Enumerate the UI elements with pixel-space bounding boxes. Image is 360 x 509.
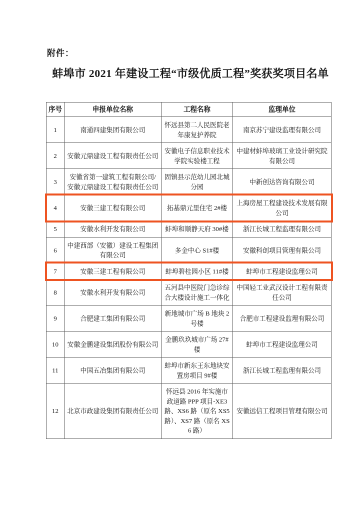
row-applicant: 安徽水利开发有限公司 (64, 221, 161, 237)
row-applicant: 中建西部（安徽）建设工程集团有限公司 (64, 237, 161, 263)
row-project: 拓基鼎元里住宅 2#楼 (161, 195, 233, 221)
table-row: 2安徽元鼎建设工程有限责任公司安徽电子信息职业技术学院实验楼工程中建材蚌埠玻璃工… (46, 143, 331, 169)
row-supervisor: 安徽科创项目管理有限公司 (233, 237, 332, 263)
row-project: 蚌埠和顺静天府 30#楼 (161, 221, 233, 237)
row-no: 1 (46, 117, 64, 143)
row-applicant: 北京市政建设集团有限责任公司 (64, 383, 161, 438)
row-project: 蚌埠碧桂园小区 11#楼 (161, 263, 233, 279)
row-no: 11 (46, 357, 64, 383)
award-projects-table: 序号 申报单位名称 工程名称 监理单位 1南通四建集团有限公司怀远县第二人民医院… (46, 102, 332, 439)
table-row: 4安徽三建工程有限公司拓基鼎元里住宅 2#楼上海房屋工程建设技术发展有限公司 (46, 195, 331, 221)
table-row: 8安徽水利开发有限公司五河县中医院门急诊综合大楼设计施工一体化中国轻工业武汉设计… (46, 279, 331, 305)
row-no: 3 (46, 169, 64, 195)
row-applicant: 合肥建工集团有限公司 (64, 305, 161, 331)
table-header-row: 序号 申报单位名称 工程名称 监理单位 (46, 102, 331, 117)
row-applicant: 安徽省第一建筑工程有限公司/安徽元鼎建设工程有限责任公司 (64, 169, 161, 195)
table-row: 1南通四建集团有限公司怀远县第二人民医院老年康复护养院南京苏宁建设监理有限公司 (46, 117, 331, 143)
row-supervisor: 中建材蚌埠玻璃工业设计研究院有限公司 (233, 143, 332, 169)
row-supervisor: 上海房屋工程建设技术发展有限公司 (233, 195, 332, 221)
row-no: 9 (46, 305, 64, 331)
header-applicant: 申报单位名称 (64, 102, 161, 117)
table-row: 12北京市政建设集团有限责任公司怀远县 2016 年实施市政道路 PPP 项目-… (46, 383, 331, 438)
row-supervisor: 安徽远信工程项目管理有限公司 (233, 383, 332, 438)
row-applicant: 安徽金鹏建设集团股份有限公司 (64, 331, 161, 357)
document-page: 附件： 蚌埠市 2021 年建设工程“市级优质工程”奖获奖项目名单 序号 申报单… (0, 0, 360, 509)
row-applicant: 安徽三建工程有限公司 (64, 263, 161, 279)
row-applicant: 安徽三建工程有限公司 (64, 195, 161, 221)
row-supervisor: 蚌埠市工程建设监理公司 (233, 263, 332, 279)
table-row: 3安徽省第一建筑工程有限公司/安徽元鼎建设工程有限责任公司固镇县示范幼儿园北城分… (46, 169, 331, 195)
row-no: 10 (46, 331, 64, 357)
table-row: 10安徽金鹏建设集团股份有限公司金鹏玖玖城市广场 27#楼蚌埠市工程建设监理公司 (46, 331, 331, 357)
row-supervisor: 中新创达咨询有限公司 (233, 169, 332, 195)
row-no: 4 (46, 195, 64, 221)
row-no: 12 (46, 383, 64, 438)
row-project: 怀远县 2016 年实施市政道路 PPP 项目-XE3 路、XS6 路（原名 X… (161, 383, 233, 438)
row-applicant: 南通四建集团有限公司 (64, 117, 161, 143)
attachment-label: 附件： (47, 46, 74, 59)
page-title: 蚌埠市 2021 年建设工程“市级优质工程”奖获奖项目名单 (46, 65, 335, 81)
row-project: 多金中心 S1#楼 (161, 237, 233, 263)
table-row: 6中建西部（安徽）建设工程集团有限公司多金中心 S1#楼安徽科创项目管理有限公司 (46, 237, 331, 263)
row-project: 固镇县示范幼儿园北城分园 (161, 169, 233, 195)
row-supervisor: 合肥市工程建设监理有限公司 (233, 305, 332, 331)
table-row: 9合肥建工集团有限公司新地城市广场 B 地块 2号楼合肥市工程建设监理有限公司 (46, 305, 331, 331)
row-project: 金鹏玖玖城市广场 27#楼 (161, 331, 233, 357)
row-supervisor: 浙江长城工程监理有限公司 (233, 357, 332, 383)
row-project: 怀远县第二人民医院老年康复护养院 (161, 117, 233, 143)
row-project: 新地城市广场 B 地块 2号楼 (161, 305, 233, 331)
header-project: 工程名称 (161, 102, 233, 117)
row-project: 安徽电子信息职业技术学院实验楼工程 (161, 143, 233, 169)
table-row: 7安徽三建工程有限公司蚌埠碧桂园小区 11#楼蚌埠市工程建设监理公司 (46, 263, 331, 279)
row-applicant: 安徽水利开发有限公司 (64, 279, 161, 305)
row-project: 蚌埠市新东王东地块安置房项目 9#楼 (161, 357, 233, 383)
table-body: 1南通四建集团有限公司怀远县第二人民医院老年康复护养院南京苏宁建设监理有限公司2… (46, 117, 331, 439)
row-supervisor: 蚌埠市工程建设监理公司 (233, 331, 332, 357)
row-no: 5 (46, 221, 64, 237)
header-no: 序号 (46, 102, 64, 117)
row-no: 8 (46, 279, 64, 305)
row-supervisor: 南京苏宁建设监理有限公司 (233, 117, 332, 143)
row-no: 2 (46, 143, 64, 169)
row-no: 7 (46, 263, 64, 279)
row-no: 6 (46, 237, 64, 263)
row-applicant: 中国五冶集团有限公司 (64, 357, 161, 383)
row-supervisor: 中国轻工业武汉设计工程有限责任公司 (233, 279, 332, 305)
row-supervisor: 浙江长城工程监理有限公司 (233, 221, 332, 237)
table-row: 11中国五冶集团有限公司蚌埠市新东王东地块安置房项目 9#楼浙江长城工程监理有限… (46, 357, 331, 383)
row-project: 五河县中医院门急诊综合大楼设计施工一体化 (161, 279, 233, 305)
table-row: 5安徽水利开发有限公司蚌埠和顺静天府 30#楼浙江长城工程监理有限公司 (46, 221, 331, 237)
row-applicant: 安徽元鼎建设工程有限责任公司 (64, 143, 161, 169)
header-supervisor: 监理单位 (233, 102, 332, 117)
